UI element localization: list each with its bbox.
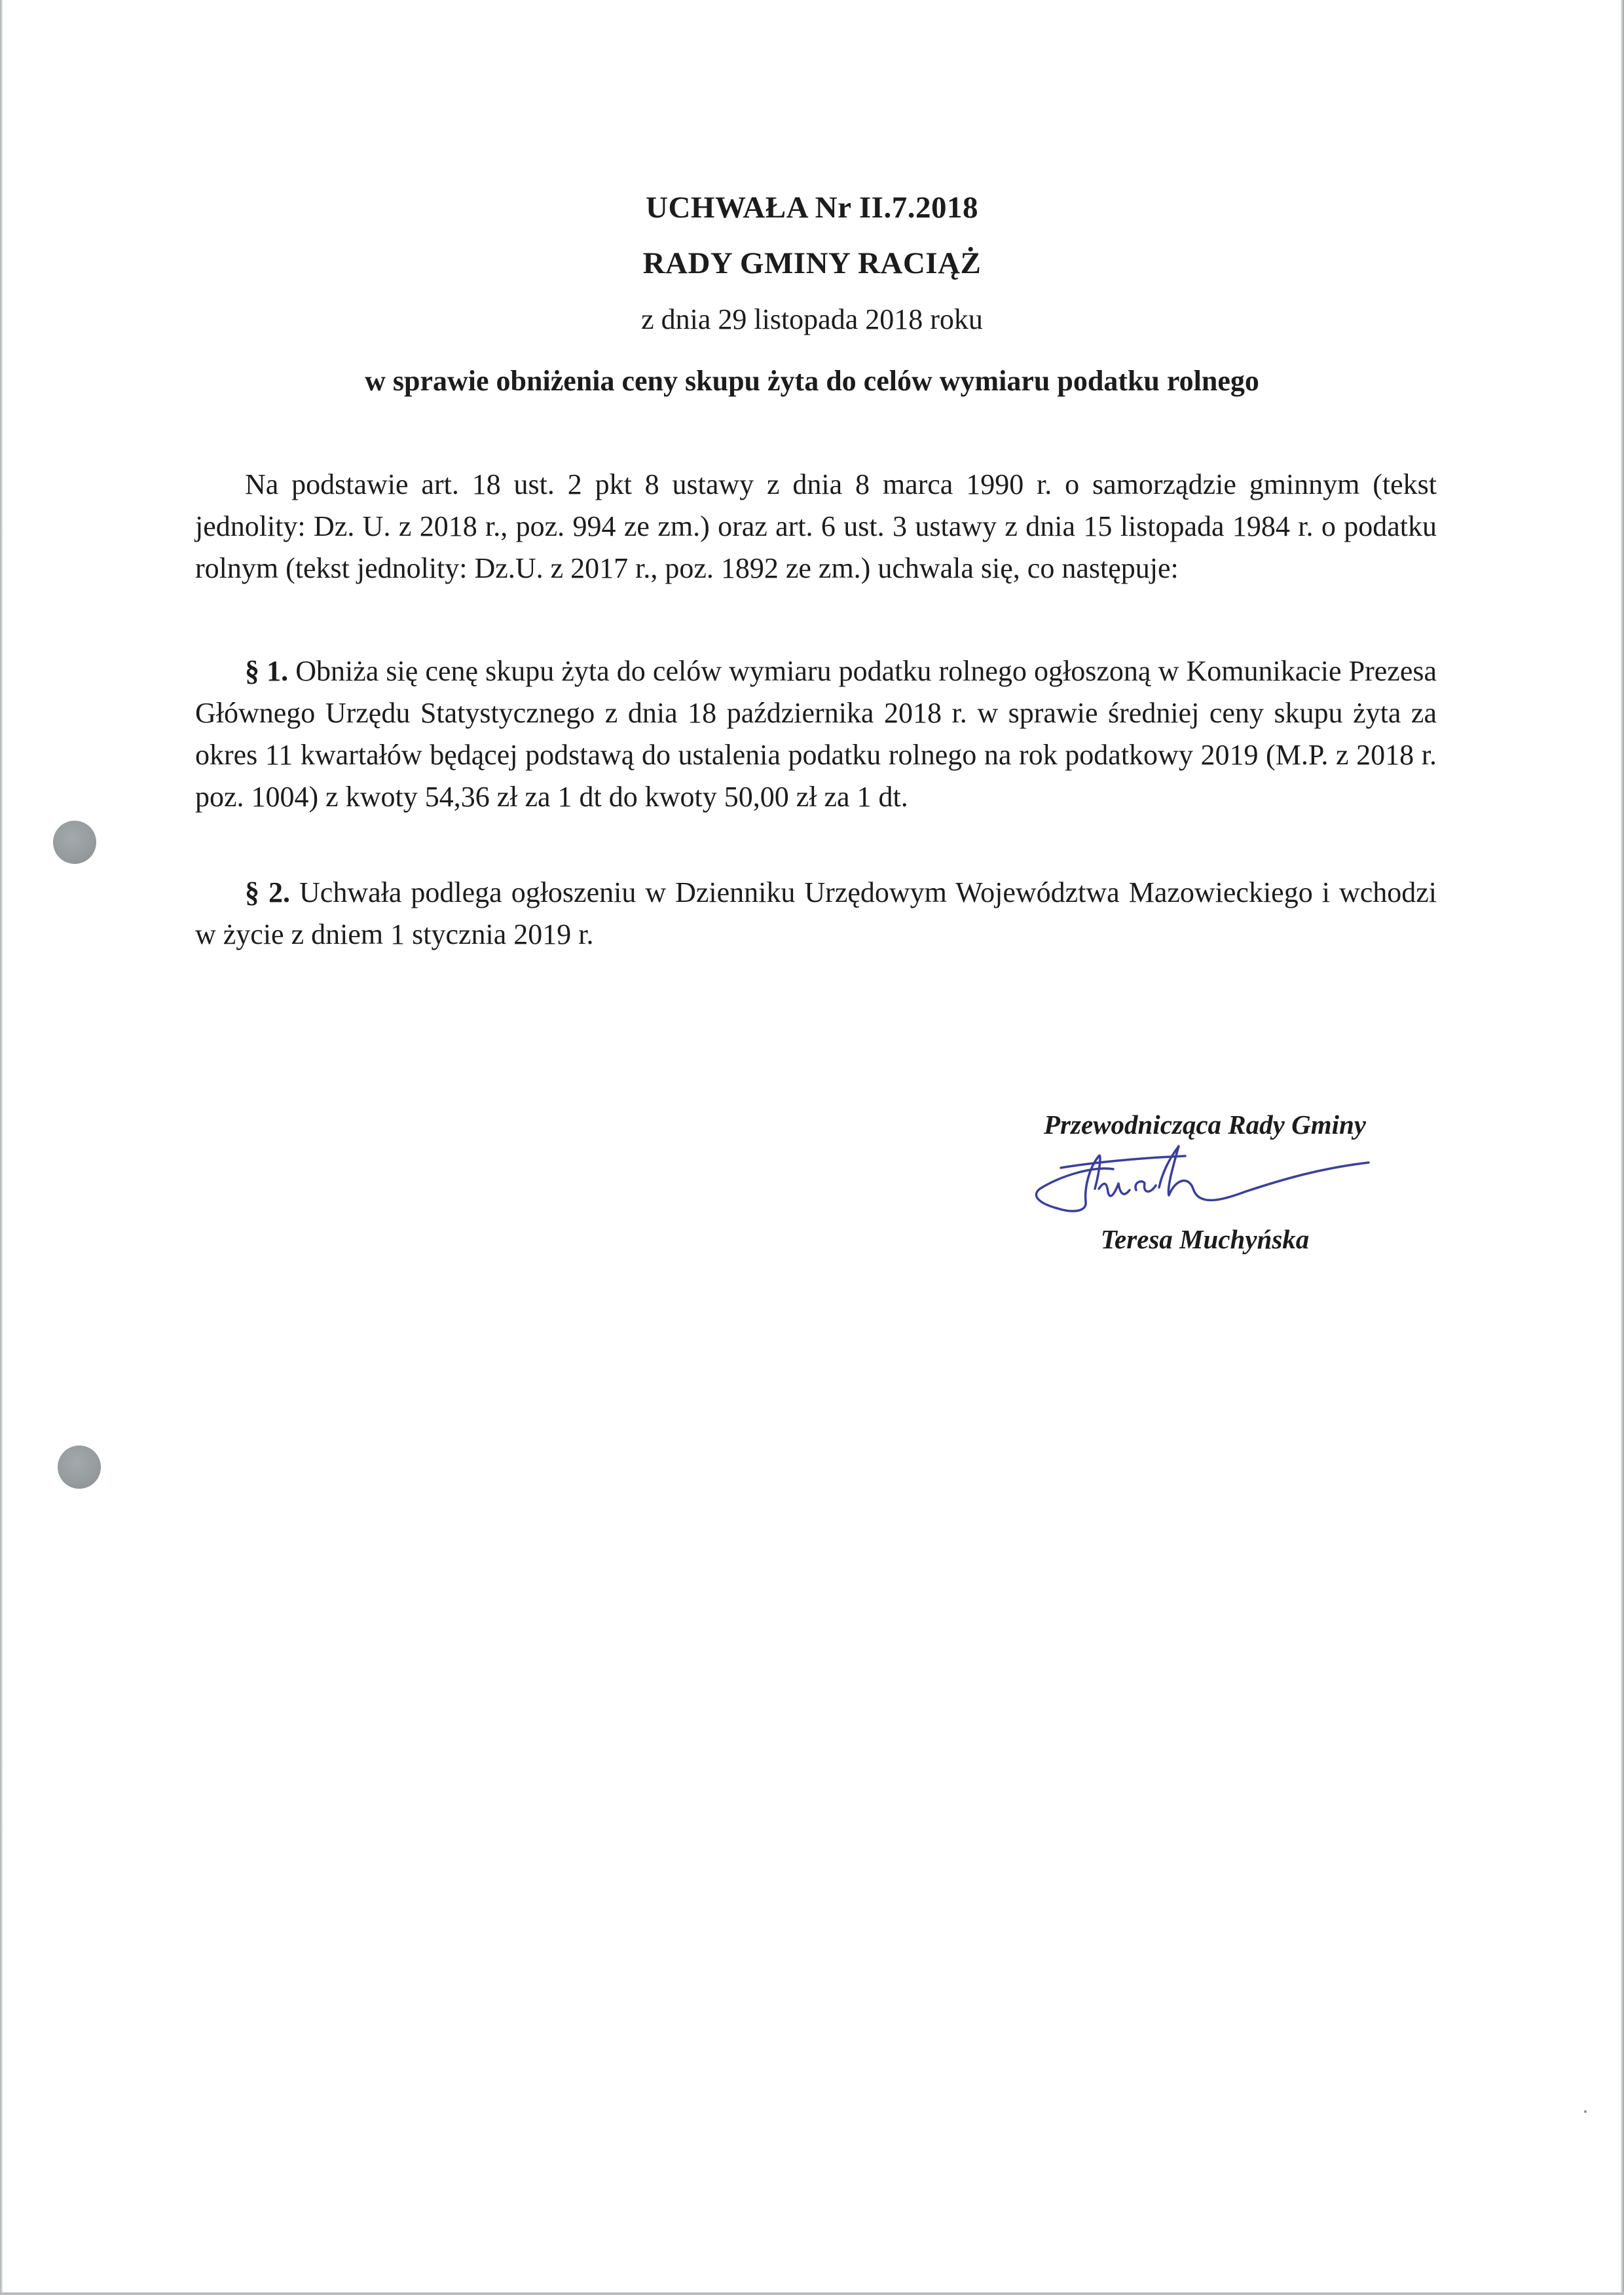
resolution-date: z dnia 29 listopada 2018 roku — [0, 303, 1624, 336]
council-name: RADY GMINY RACIĄŻ — [0, 246, 1624, 281]
section-2-number: § 2. — [245, 876, 290, 908]
scan-speck — [1584, 2110, 1587, 2113]
resolution-title: UCHWAŁA Nr II.7.2018 — [0, 190, 1624, 225]
punch-hole-icon — [53, 821, 96, 864]
legal-basis-text: Na podstawie art. 18 ust. 2 pkt 8 ustawy… — [195, 468, 1437, 584]
legal-basis-paragraph: Na podstawie art. 18 ust. 2 pkt 8 ustawy… — [195, 464, 1437, 589]
handwritten-signature-icon — [1022, 1143, 1388, 1228]
scan-edge-bottom — [0, 2292, 1624, 2295]
section-2-text: Uchwała podlega ogłoszeniu w Dzienniku U… — [195, 876, 1437, 950]
resolution-subject: w sprawie obniżenia ceny skupu żyta do c… — [0, 364, 1624, 398]
section-1-paragraph: § 1. Obniża się cenę skupu żyta do celów… — [195, 650, 1437, 818]
scan-edge-right — [1621, 0, 1624, 2295]
punch-hole-icon — [58, 1446, 101, 1489]
signatory-name: Teresa Muchyńska — [982, 1223, 1428, 1255]
section-1-text: Obniża się cenę skupu żyta do celów wymi… — [195, 655, 1437, 813]
scan-edge-left — [0, 0, 3, 2295]
signatory-role: Przewodnicząca Rady Gminy — [982, 1109, 1428, 1140]
section-2-paragraph: § 2. Uchwała podlega ogłoszeniu w Dzienn… — [195, 872, 1437, 956]
section-1-number: § 1. — [245, 655, 288, 687]
